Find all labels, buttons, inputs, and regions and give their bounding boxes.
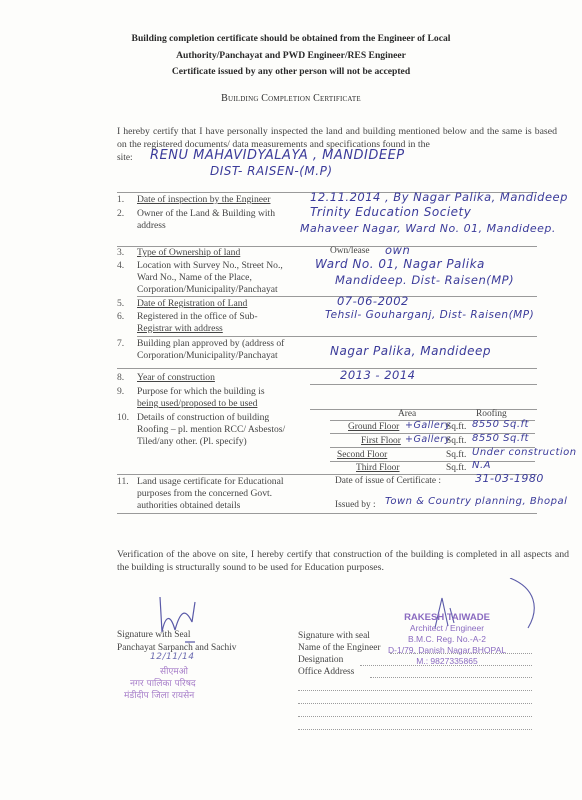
item-label: Date of inspection by the Engineer xyxy=(137,194,270,206)
divider xyxy=(117,474,537,475)
floor-name: Ground Floor xyxy=(348,422,399,432)
engineer-name-label: Name of the Engineer xyxy=(298,643,381,653)
engineer-stamp: RAKESH TAIWADE Architect / Engineer B.M.… xyxy=(372,612,522,667)
item-label: Roofing – pl. mention RCC/ Asbestos/ xyxy=(137,424,285,436)
stamp-mobile: M.: 9827335865 xyxy=(372,656,522,667)
item-number: 1. xyxy=(117,194,124,205)
floor-name: Third Floor xyxy=(356,463,400,473)
item-label: being used/proposed to be used xyxy=(137,398,257,410)
item-number: 7. xyxy=(117,338,124,349)
item-number: 11. xyxy=(117,476,129,487)
owner-name-value: Trinity Education Society xyxy=(310,205,471,219)
divider xyxy=(137,336,537,337)
item-label: purposes from the concerned Govt. xyxy=(137,488,272,500)
office-address-label: Office Address xyxy=(298,667,354,677)
owner-address-value: Mahaveer Nagar, Ward No. 01, Mandideep. xyxy=(300,222,556,235)
dotted-line xyxy=(298,716,532,717)
ownership-sublabel: Own/lease xyxy=(330,246,370,256)
dotted-line xyxy=(370,677,532,678)
floor-unit: Sq.ft. xyxy=(446,422,466,432)
floor-unit: Sq.ft. xyxy=(446,463,466,473)
area-column-header: Area xyxy=(398,409,416,419)
document-title: Building Completion Certificate xyxy=(0,93,582,104)
ownership-value: own xyxy=(385,243,410,257)
site-label: site: xyxy=(117,153,133,163)
item-label: Registrar with address xyxy=(137,323,223,335)
divider xyxy=(117,513,537,514)
issued-by-value: Town & Country planning, Bhopal xyxy=(385,496,567,507)
item-number: 9. xyxy=(117,386,124,397)
item-number: 4. xyxy=(117,260,124,271)
verification-text: Verification of the above on site, I her… xyxy=(117,548,569,574)
inspection-date-value: 12.11.2014 , By Nagar Palika, Mandideep xyxy=(310,190,568,204)
stamp-reg: B.M.C. Reg. No.-A-2 xyxy=(372,634,522,645)
floor-roofing-value: N.A xyxy=(472,460,491,471)
item-number: 2. xyxy=(117,208,124,219)
dotted-line xyxy=(298,729,532,730)
item-number: 3. xyxy=(117,247,124,258)
divider xyxy=(117,368,537,369)
divider xyxy=(310,384,537,385)
certificate-date-label: Date of issue of Certificate : xyxy=(335,476,441,486)
item-label: Owner of the Land & Building with addres… xyxy=(137,208,297,232)
left-signature-date: 12/11/14 xyxy=(150,652,194,662)
construction-year-value: 2013 - 2014 xyxy=(340,368,416,382)
item-label: Registered in the office of Sub- xyxy=(137,311,258,323)
floor-area-note: +Gallery xyxy=(405,420,451,431)
issued-by-label: Issued by : xyxy=(335,500,376,510)
divider xyxy=(330,461,535,462)
item-number: 10. xyxy=(117,412,129,423)
registrar-value: Tehsil- Gouharganj, Dist- Raisen(MP) xyxy=(325,309,534,321)
location-value-2: Mandideep. Dist- Raisen(MP) xyxy=(335,273,514,287)
roofing-column-header: Roofing xyxy=(476,409,507,419)
notice-line-2: Authority/Panchayat and PWD Engineer/RES… xyxy=(0,50,582,61)
floor-area-note: +Gallery xyxy=(405,434,451,445)
registration-date-value: 07-06-2002 xyxy=(337,294,409,308)
item-label: Details of construction of building xyxy=(137,412,269,424)
item-number: 6. xyxy=(117,311,124,322)
item-label: Date of Registration of Land xyxy=(137,298,247,310)
stamp-address: D-1/79, Danish Nagar,BHOPAL xyxy=(372,645,522,656)
certificate-date-value: 31-03-1980 xyxy=(475,472,544,485)
dotted-line xyxy=(298,703,532,704)
dotted-line xyxy=(298,690,532,691)
item-label: Purpose for which the building is xyxy=(137,386,265,398)
item-label: Tiled/any other. (Pl. specify) xyxy=(137,436,247,448)
item-label: Land usage certificate for Educational xyxy=(137,476,284,488)
item-label: Location with Survey No., Street No., xyxy=(137,260,283,272)
site-name: RENU MAHAVIDYALAYA , MANDIDEEP xyxy=(150,148,405,163)
floor-roofing-value: 8550 Sq.ft xyxy=(472,419,529,430)
item-number: 8. xyxy=(117,372,124,383)
floor-unit: Sq.ft. xyxy=(446,436,466,446)
floor-name: First Floor xyxy=(361,436,401,446)
designation-label: Designation xyxy=(298,655,343,665)
location-value-1: Ward No. 01, Nagar Palika xyxy=(315,257,485,271)
stamp-title: Architect / Engineer xyxy=(372,623,522,634)
item-label: Type of Ownership of land xyxy=(137,247,240,259)
right-signature-label: Signature with seal xyxy=(298,631,370,641)
floor-name: Second Floor xyxy=(337,450,387,460)
item-label: Ward No., Name of the Place, xyxy=(137,272,252,284)
left-signature-label: Signature with Seal xyxy=(117,630,190,640)
floor-roofing-value: Under construction xyxy=(472,447,577,458)
site-district: DIST- RAISEN-(M.P) xyxy=(210,164,333,178)
item-label: authorities obtained details xyxy=(137,500,240,512)
plan-approved-value: Nagar Palika, Mandideep xyxy=(330,344,491,358)
seal-line-3: मंडीदीप जिला रायसेन xyxy=(124,688,194,701)
item-label: Corporation/Municipality/Panchayat xyxy=(137,350,278,362)
item-number: 5. xyxy=(117,298,124,309)
floor-roofing-value: 8550 Sq.ft xyxy=(472,433,529,444)
notice-line-3: Certificate issued by any other person w… xyxy=(0,66,582,77)
floor-unit: Sq.ft. xyxy=(446,450,466,460)
item-label: Corporation/Municipality/Panchayat xyxy=(137,284,278,296)
item-label: Building plan approved by (address of xyxy=(137,338,284,350)
notice-line-1: Building completion certificate should b… xyxy=(0,33,582,44)
item-label: Year of construction xyxy=(137,372,215,384)
stamp-name: RAKESH TAIWADE xyxy=(372,612,522,623)
